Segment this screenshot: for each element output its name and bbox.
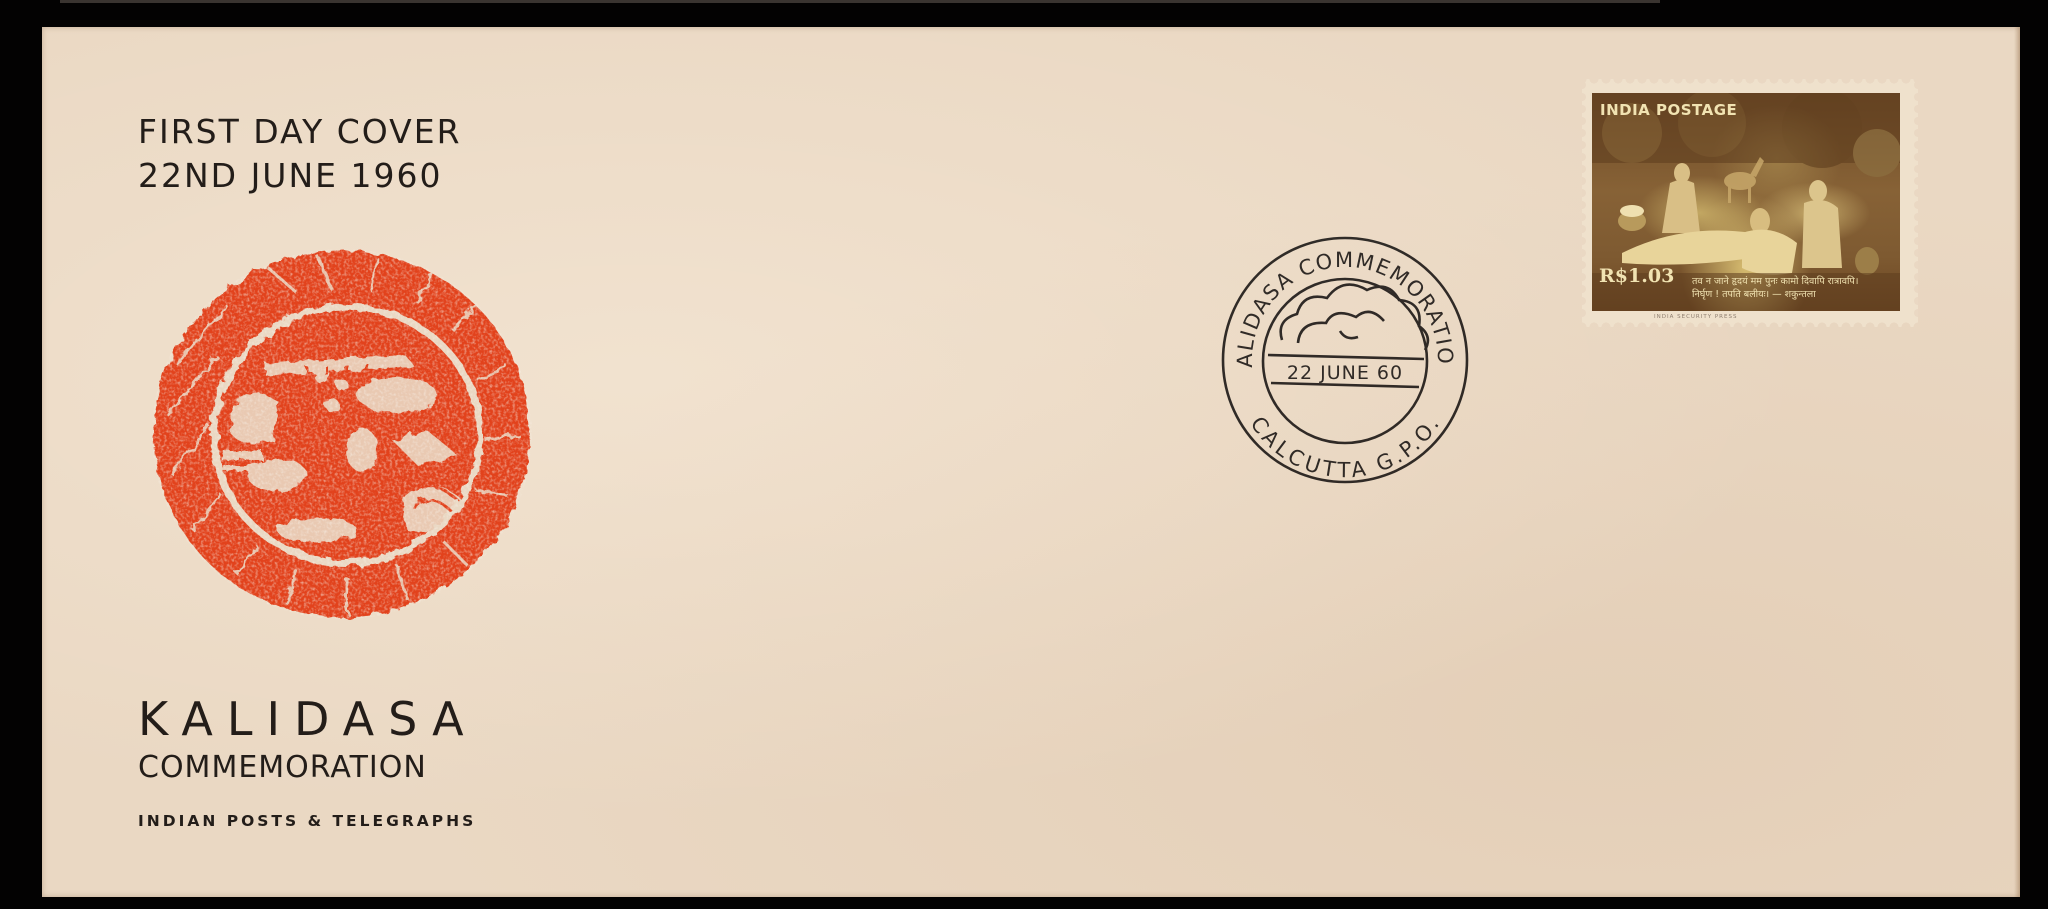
stamp-artwork: INDIA POSTAGE R$1.03 तव न जाने हृदयं मम … [1592, 93, 1900, 311]
postmark-cancellation-icon: ·KALIDASA COMMEMORATION· CALCUTTA G.P.O.… [1220, 235, 1470, 485]
stamp-denomination: R$1.03 [1599, 265, 1674, 287]
svg-text:CALCUTTA G.P.O.: CALCUTTA G.P.O. [1246, 412, 1445, 482]
stamp-verse-line-2: निर्घृण ! तपति बलीयः। — शकुन्तला [1692, 288, 1892, 301]
postmark-bottom-text: CALCUTTA G.P.O. [1246, 412, 1445, 482]
stamp-printer-imprint: INDIA SECURITY PRESS [1654, 314, 1737, 320]
cover-heading: FIRST DAY COVER 22ND JUNE 1960 [138, 110, 588, 198]
stamp-verse-line-1: तव न जाने हृदयं मम पुनः कामो दिवापि रात्… [1692, 275, 1892, 288]
svg-text:·KALIDASA COMMEMORATION·: ·KALIDASA COMMEMORATION· [1220, 235, 1457, 368]
cover-title-block: KALIDASA COMMEMORATION INDIAN POSTS & TE… [138, 692, 478, 830]
stamp-verse: तव न जाने हृदयं मम पुनः कामो दिवापि रात्… [1692, 275, 1892, 301]
cover-publisher: INDIAN POSTS & TELEGRAPHS [138, 812, 478, 830]
background-envelope-edge [60, 0, 1660, 3]
envelope-shading [2014, 27, 2020, 897]
cover-title: KALIDASA [138, 692, 478, 746]
postmark-date: 22 JUNE 60 [1287, 362, 1403, 384]
cover-subtitle: COMMEMORATION [138, 748, 478, 788]
heading-line-date: 22ND JUNE 1960 [138, 154, 588, 198]
red-seal-emblem-icon [147, 245, 537, 623]
postmark-top-text: ·KALIDASA COMMEMORATION· [1220, 235, 1457, 368]
heading-line-first-day-cover: FIRST DAY COVER [138, 110, 588, 154]
first-day-cover-envelope: FIRST DAY COVER 22ND JUNE 1960 [42, 27, 2020, 897]
stamp-country-label: INDIA POSTAGE [1600, 101, 1737, 119]
